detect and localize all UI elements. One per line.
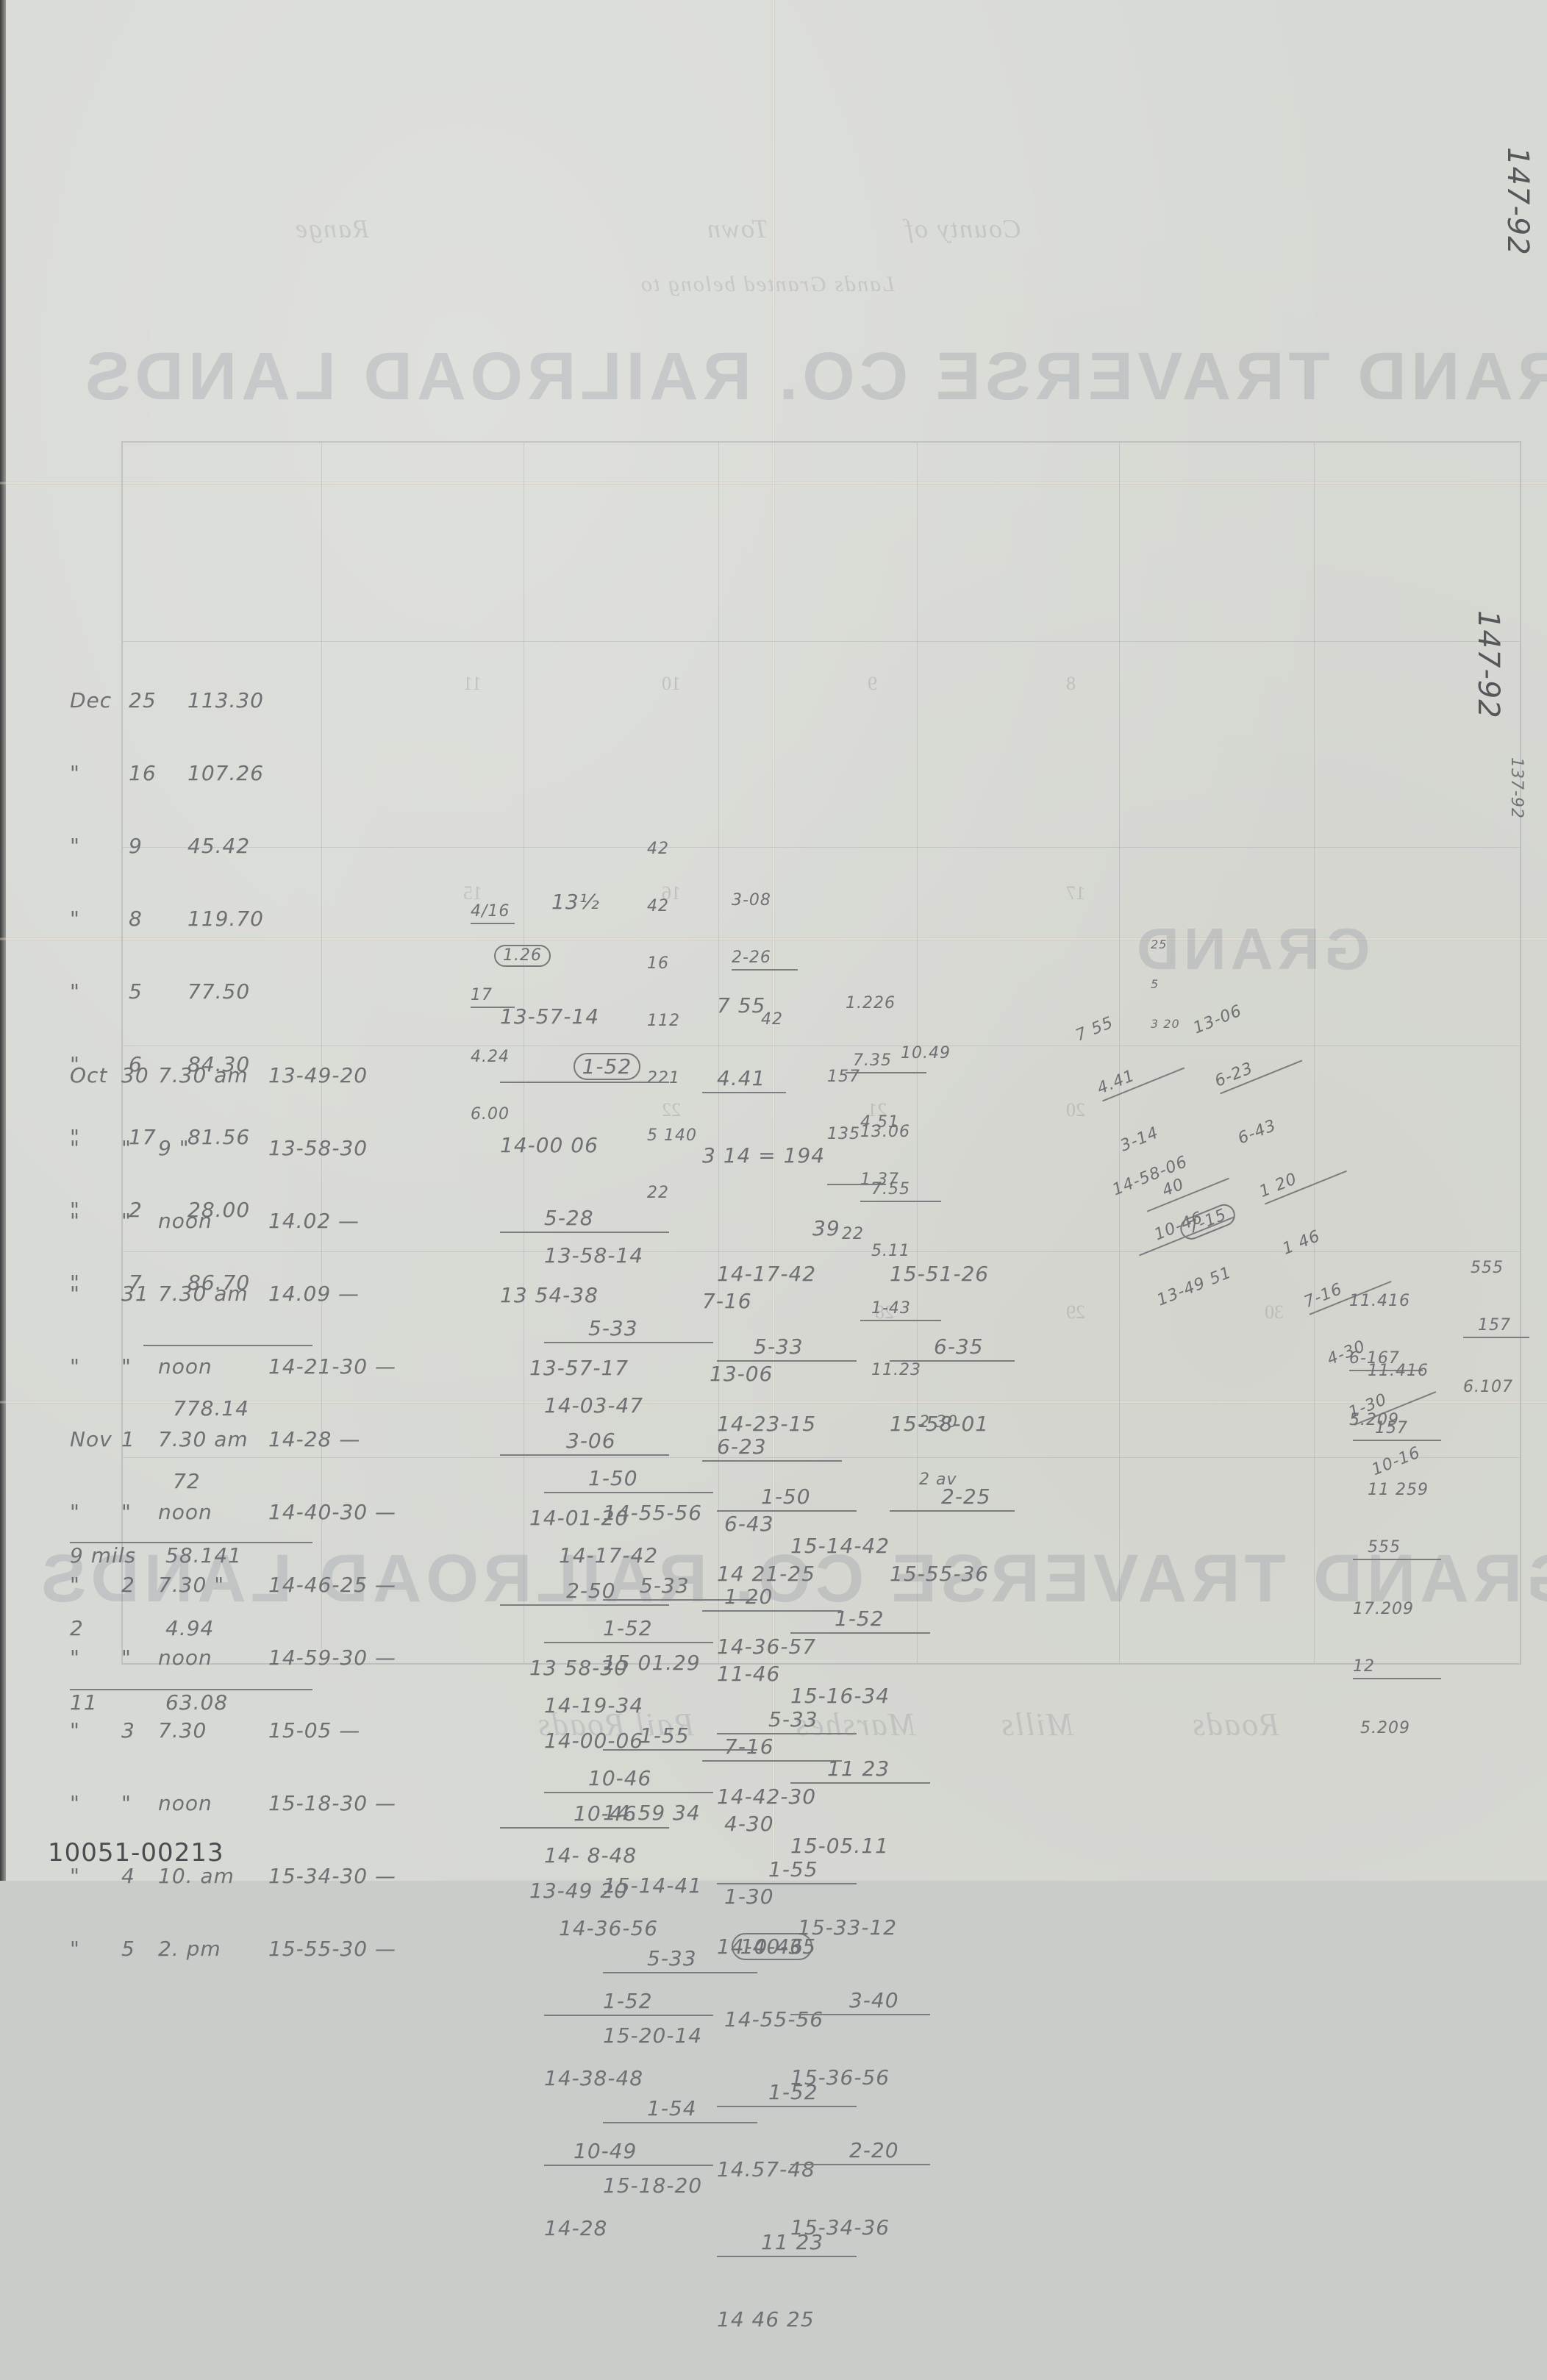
ledger-row: "8119.70 [70, 907, 312, 931]
ghost-heading-top: GRAND TRAVERSE CO. RAILROAD LANDS [81, 338, 1547, 415]
calc-column-4b: 25 5 3 20 [1151, 912, 1180, 1057]
log-row: Oct307.30 am13-49-20 [70, 1063, 396, 1087]
ledger-row: Dec25113.30 [70, 688, 312, 712]
calc-small-b: 13½ [551, 890, 600, 914]
document-sheet: GRAND TRAVERSE CO. RAILROAD LANDS County… [0, 0, 1547, 1881]
log-row: ""9 "13-58-30 [70, 1136, 396, 1160]
log-row: ""noon15-18-30 — [70, 1791, 396, 1815]
ghost-label-lands: Lands Granted belong to [640, 272, 895, 297]
ghost-label-county: County of [904, 213, 1021, 244]
ghost-footer-mills: Mills [1000, 1706, 1073, 1743]
ghost-section-number: 9 [868, 673, 877, 695]
log-row: "317.30 am14.09 — [70, 1282, 396, 1306]
calc-value: 10.49 [901, 1044, 951, 1063]
log-row: ""noon14-40-30 — [70, 1500, 396, 1524]
ghost-section-number: 10 [662, 673, 681, 695]
margin-annotation: 137-92 [1507, 757, 1526, 819]
log-row: ""noon14-59-30 — [70, 1645, 396, 1670]
observation-log: Oct307.30 am13-49-20 ""9 "13-58-30 ""noo… [70, 1015, 396, 1881]
ledger-row: "945.42 [70, 834, 312, 858]
calc-column-5c: 11.416 157 11 259 555 17.209 12 5.209 [1353, 1323, 1441, 1776]
calc-column-5b: 555 157 6.107 [1463, 1221, 1529, 1435]
margin-annotation: 147-92 [1505, 147, 1529, 256]
log-row: "37.3015-05 — [70, 1718, 396, 1743]
ghost-label-range: Range [294, 213, 369, 244]
log-row: ""noon14-21-30 — [70, 1354, 396, 1379]
log-row: Nov17.30 am14-28 — [70, 1427, 396, 1451]
ghost-section-number: 20 [1066, 1099, 1085, 1121]
ghost-section-number: 17 [1066, 882, 1085, 904]
calc-column-3e: 2 30 2 av [919, 1375, 958, 1528]
ghost-footer-roads: Roads [1191, 1706, 1279, 1743]
log-row: "27.30 "14-46-25 — [70, 1573, 396, 1597]
archive-id-label: 10051-00213 [48, 1838, 224, 1868]
margin-annotation: 147-92 [1476, 610, 1500, 719]
ghost-section-number: 8 [1066, 673, 1076, 695]
ghost-section-number: 29 [1066, 1301, 1085, 1323]
ghost-section-number: 11 [463, 673, 482, 695]
log-row: ""noon14.02 — [70, 1209, 396, 1233]
ghost-label-town: Town [706, 213, 768, 244]
ledger-row: "16107.26 [70, 761, 312, 785]
ledger-row: "577.50 [70, 979, 312, 1004]
